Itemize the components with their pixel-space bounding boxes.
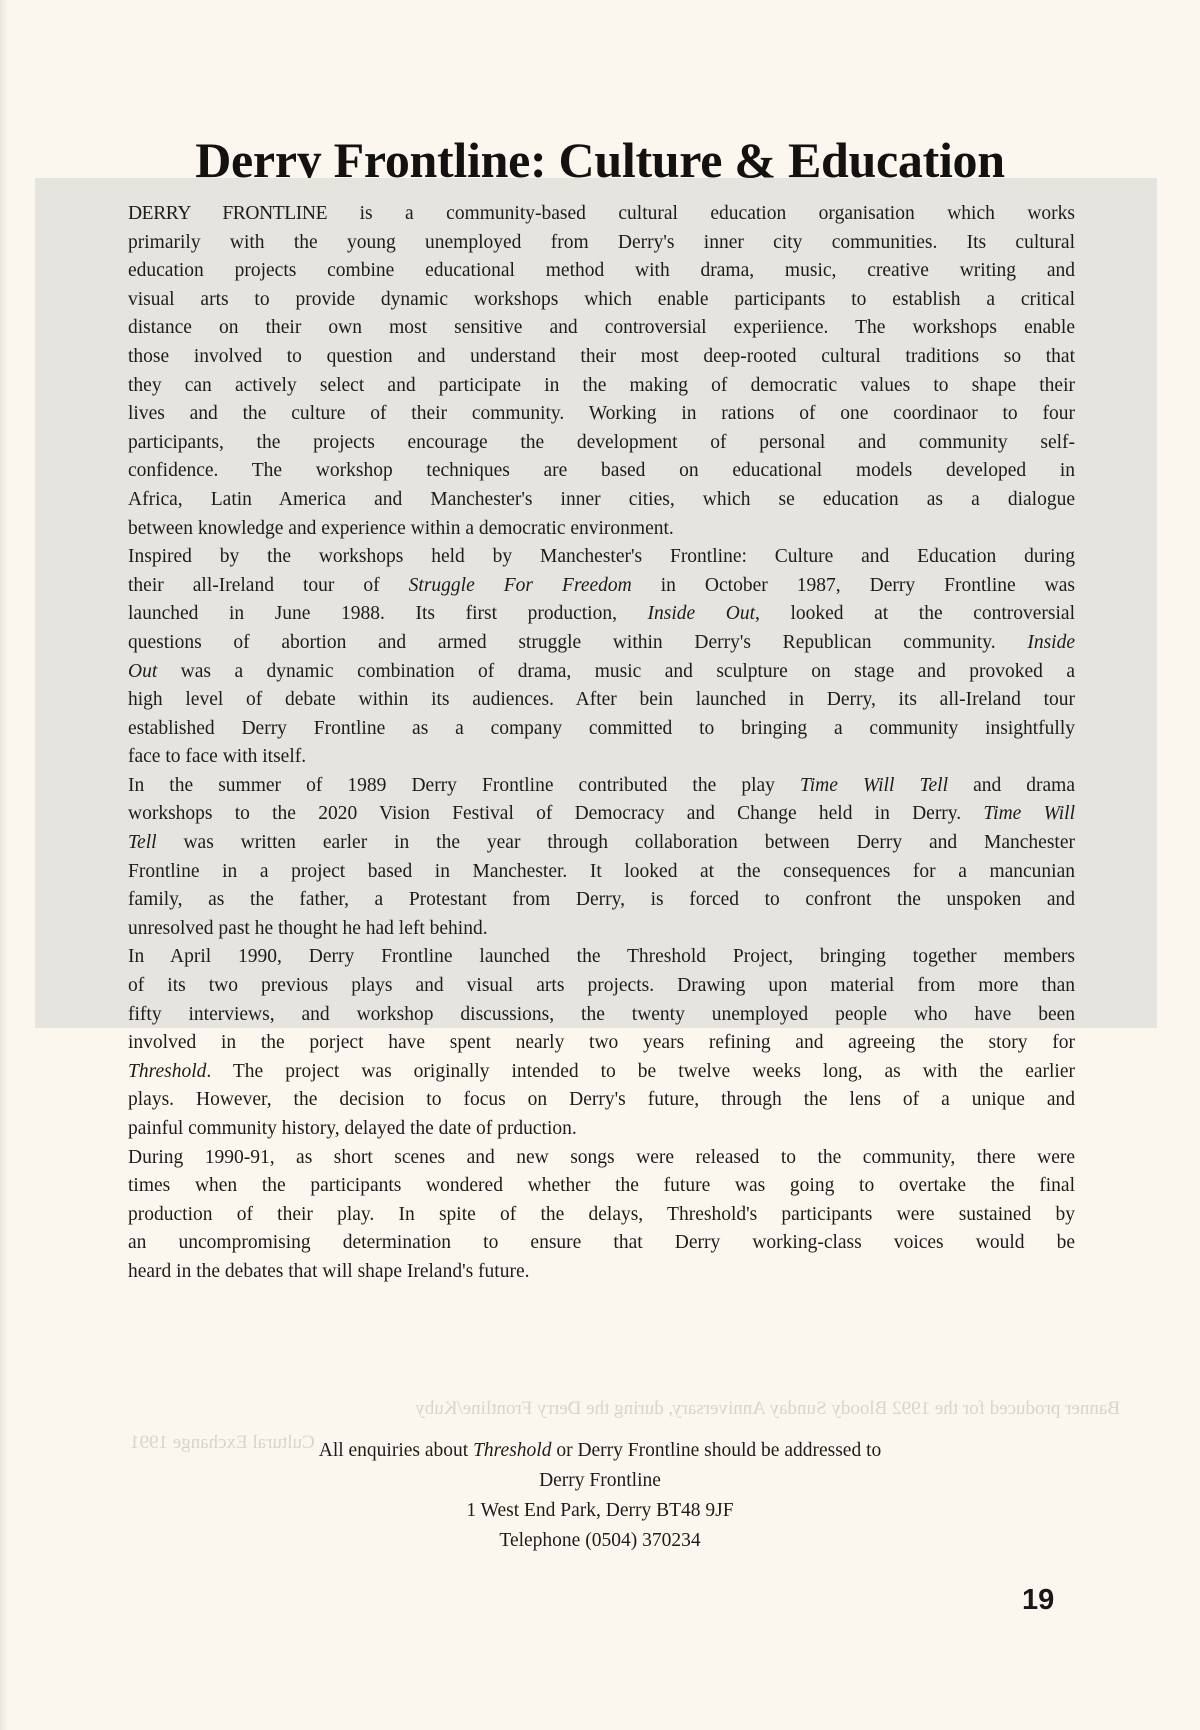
body-text-segment: Frontline in a project based in Manchest… [128,861,1075,882]
body-text-segment: In April 1990, Derry Frontline launched … [128,946,1075,967]
body-line: Threshold. The project was originally in… [128,1058,1075,1087]
body-line: workshops to the 2020 Vision Festival of… [128,800,1075,829]
body-text-segment: their all-Ireland tour of [128,575,409,596]
body-line: primarily with the young unemployed from… [128,229,1075,258]
show-through-line-1: Banner produced for the 1992 Bloody Sund… [130,1392,1120,1426]
body-text-segment: workshops to the 2020 Vision Festival of… [128,803,983,824]
article-body: DERRY FRONTLINE is a community-based cul… [128,200,1075,1287]
italic-title-text: Threshold [128,1061,206,1082]
body-text-segment: heard in the debates that will shape Ire… [128,1261,530,1282]
body-line: unresolved past he thought he had left b… [128,915,1075,944]
body-line: plays. However, the decision to focus on… [128,1086,1075,1115]
body-text-segment: launched in June 1988. Its first product… [128,603,648,624]
body-line: times when the participants wondered whe… [128,1172,1075,1201]
body-text-segment: education projects combine educational m… [128,260,1075,281]
body-text-segment: painful community history, delayed the d… [128,1118,577,1139]
contact-block: All enquiries about Threshold or Derry F… [0,1436,1200,1556]
body-line: questions of abortion and armed struggle… [128,629,1075,658]
body-text-segment: Africa, Latin America and Manchester's i… [128,489,1075,510]
contact-intro-title: Threshold [473,1440,551,1461]
body-line: high level of debate within its audience… [128,686,1075,715]
page-number: 19 [1022,1584,1054,1617]
body-line: Frontline in a project based in Manchest… [128,858,1075,887]
italic-title-text: Struggle For Freedom [409,575,632,596]
body-text-segment: primarily with the young unemployed from… [128,232,1075,253]
contact-intro: All enquiries about Threshold or Derry F… [0,1436,1200,1466]
body-line: In April 1990, Derry Frontline launched … [128,943,1075,972]
italic-title-text: Inside Out [648,603,756,624]
body-text-segment: visual arts to provide dynamic workshops… [128,289,1075,310]
body-text-segment: questions of abortion and armed struggle… [128,632,1027,653]
body-text-segment: Inspired by the workshops held by Manche… [128,546,1075,567]
body-line: they can actively select and participate… [128,372,1075,401]
body-line: launched in June 1988. Its first product… [128,600,1075,629]
body-line: Out was a dynamic combination of drama, … [128,658,1075,687]
body-line: fifty interviews, and workshop discussio… [128,1001,1075,1030]
body-text-segment: established Derry Frontline as a company… [128,718,1075,739]
body-line: heard in the debates that will shape Ire… [128,1258,1075,1287]
italic-title-text: Inside [1027,632,1075,653]
body-line: painful community history, delayed the d… [128,1115,1075,1144]
body-text-segment: plays. However, the decision to focus on… [128,1089,1075,1110]
body-text-segment: high level of debate within its audience… [128,689,1075,710]
body-text-segment: participants, the projects encourage the… [128,432,1075,453]
body-line: Tell was written earler in the year thro… [128,829,1075,858]
body-text-segment: . The project was originally intended to… [206,1061,1075,1082]
body-line: participants, the projects encourage the… [128,429,1075,458]
body-text-segment: of its two previous plays and visual art… [128,975,1075,996]
body-line: lives and the culture of their community… [128,400,1075,429]
body-line: established Derry Frontline as a company… [128,715,1075,744]
body-line: distance on their own most sensitive and… [128,314,1075,343]
italic-title-text: Tell [128,832,157,853]
body-text-segment: they can actively select and participate… [128,375,1075,396]
body-line: of its two previous plays and visual art… [128,972,1075,1001]
body-text-segment: During 1990-91, as short scenes and new … [128,1147,1075,1168]
body-text-segment: production of their play. In spite of th… [128,1204,1075,1225]
contact-intro-after: or Derry Frontline should be addressed t… [551,1440,881,1461]
contact-telephone: Telephone (0504) 370234 [0,1526,1200,1556]
body-text-segment: in October 1987, Derry Frontline was [632,575,1075,596]
body-text-segment: was written earler in the year through c… [157,832,1075,853]
body-line: visual arts to provide dynamic workshops… [128,286,1075,315]
body-line: Africa, Latin America and Manchester's i… [128,486,1075,515]
body-text-segment: fifty interviews, and workshop discussio… [128,1004,1075,1025]
contact-address: 1 West End Park, Derry BT48 9JF [0,1496,1200,1526]
body-line: face to face with itself. [128,743,1075,772]
contact-intro-before: All enquiries about [319,1440,473,1461]
body-line: those involved to question and understan… [128,343,1075,372]
body-text-segment: those involved to question and understan… [128,346,1075,367]
body-text-segment: times when the participants wondered whe… [128,1175,1075,1196]
body-line: confidence. The workshop techniques are … [128,457,1075,486]
body-line: Inspired by the workshops held by Manche… [128,543,1075,572]
body-line: In the summer of 1989 Derry Frontline co… [128,772,1075,801]
body-line: During 1990-91, as short scenes and new … [128,1144,1075,1173]
body-text-segment: family, as the father, a Protestant from… [128,889,1075,910]
body-text-segment: face to face with itself. [128,746,306,767]
body-text-segment: between knowledge and experience within … [128,518,674,539]
body-line: involved in the porject have spent nearl… [128,1029,1075,1058]
italic-title-text: Time Will Tell [800,775,948,796]
body-text-segment: confidence. The workshop techniques are … [128,460,1075,481]
body-text-segment: In the summer of 1989 Derry Frontline co… [128,775,800,796]
body-text-segment: and drama [948,775,1075,796]
body-line: DERRY FRONTLINE is a community-based cul… [128,200,1075,229]
body-text-segment: distance on their own most sensitive and… [128,317,1075,338]
body-line: education projects combine educational m… [128,257,1075,286]
body-text-segment: lives and the culture of their community… [128,403,1075,424]
body-text-segment: is a community-based cultural education … [327,203,1075,224]
contact-organisation: Derry Frontline [0,1466,1200,1496]
body-text-segment: unresolved past he thought he had left b… [128,918,488,939]
body-line: production of their play. In spite of th… [128,1201,1075,1230]
italic-title-text: Out [128,661,157,682]
body-line: family, as the father, a Protestant from… [128,886,1075,915]
body-line: an uncompromising determination to ensur… [128,1229,1075,1258]
body-text-segment: involved in the porject have spent nearl… [128,1032,1075,1053]
body-text-segment: was a dynamic combination of drama, musi… [157,661,1075,682]
body-line: between knowledge and experience within … [128,515,1075,544]
body-text-segment: , looked at the controversial [755,603,1075,624]
body-text-segment: an uncompromising determination to ensur… [128,1232,1075,1253]
body-text-segment: DERRY FRONTLINE [128,203,327,224]
body-line: their all-Ireland tour of Struggle For F… [128,572,1075,601]
italic-title-text: Time Will [983,803,1075,824]
